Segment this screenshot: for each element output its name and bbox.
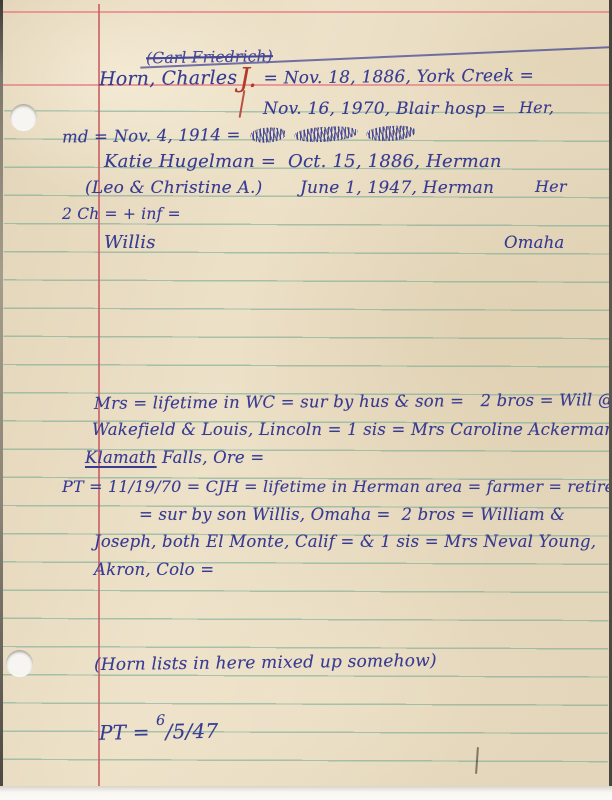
husband-obit-line-4: Akron, Colo =	[94, 560, 214, 579]
pink-rule-top	[3, 11, 609, 13]
residence-abbrev-2: Her	[535, 177, 567, 196]
scribble-mark	[250, 127, 287, 144]
husband-obit-line-1: PT = 11/19/70 = CJH = lifetime in Herman…	[62, 477, 612, 496]
scribble-mark	[366, 125, 417, 142]
scribble-mark	[294, 125, 359, 143]
klamath-underlined: Klamath	[85, 448, 157, 467]
name-birth-line: Horn, CharlesJ. = Nov. 18, 1886, York Cr…	[99, 64, 534, 91]
residence-abbrev-1: Her,	[519, 98, 554, 117]
husband-obit-line-2: = sur by son Willis, Omaha = 2 bros = Wi…	[139, 505, 565, 524]
spouse-death-line: June 1, 1947, Herman	[300, 178, 494, 198]
child-residence: Omaha	[504, 233, 564, 252]
punch-hole-top	[10, 104, 37, 131]
spouse-line: Katie Hugelman = Oct. 15, 1886, Herman	[104, 151, 502, 172]
pt-rest: /5/47	[165, 719, 218, 744]
scan-edge-left	[0, 0, 3, 786]
scan-background-strip	[0, 786, 612, 800]
death-line: Nov. 16, 1970, Blair hosp =	[263, 99, 506, 119]
birth-date-place: = Nov. 18, 1886, York Creek =	[258, 66, 534, 89]
child-name-line: Willis	[104, 232, 156, 253]
mixed-up-note: (Horn lists in here mixed up somehow)	[94, 651, 437, 675]
pt-superscript: 6	[156, 712, 166, 728]
punch-hole-bottom	[6, 650, 33, 677]
scanned-page: (Carl Friedrich) Horn, CharlesJ. = Nov. …	[0, 0, 612, 800]
wife-obit-line-3: Klamath Falls, Ore =	[85, 448, 264, 467]
husband-obit-line-3: Joseph, both El Monte, Calif = & 1 sis =…	[94, 532, 596, 551]
wife-obit-line-1: Mrs = lifetime in WC = sur by hus & son …	[94, 390, 612, 413]
marriage-date: md = Nov. 4, 1914 =	[62, 125, 246, 147]
inserted-initial-red-ink: J.	[239, 63, 257, 94]
pt-prefix: PT =	[99, 720, 157, 745]
surname-given-name: Horn, Charles	[99, 67, 237, 90]
pt-date-line: PT = 6/5/47	[99, 718, 219, 745]
children-count-line: 2 Ch = + inf =	[62, 205, 181, 223]
wife-obit-line-2: Wakefield & Louis, Lincoln = 1 sis = Mrs…	[92, 420, 612, 439]
spouse-parents-line: (Leo & Christine A.)	[85, 178, 262, 198]
klamath-rest: Falls, Ore =	[157, 448, 265, 467]
